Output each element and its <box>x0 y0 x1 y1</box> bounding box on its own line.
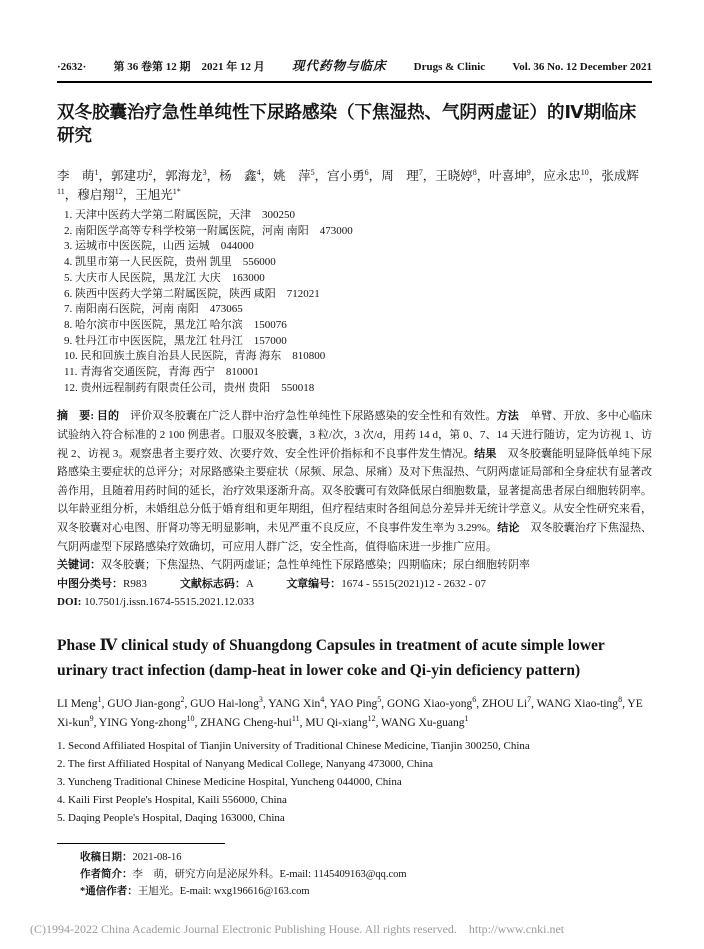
label-bold: 中图分类号： <box>57 578 123 590</box>
paper-page: ·2632· 第 36 卷第 12 期 2021 年 12 月 现代药物与临床 … <box>0 0 704 949</box>
label-bold: DOI: <box>57 596 84 608</box>
author-affiliation-sup: 8 <box>618 695 622 704</box>
article-title-en: Phase Ⅳ clinical study of Shuangdong Cap… <box>57 633 652 683</box>
author-name: ZHOU Li7 <box>482 698 531 710</box>
footnote-line: 作者简介：李 萌，研究方向是泌尿外科。E-mail: 1145409163@qq… <box>80 866 652 883</box>
author-name: 应永忠10 <box>543 169 589 183</box>
author-name: MU Qi-xiang12 <box>305 717 375 729</box>
text-segment: 10.7501/j.issn.1674-5515.2021.12.033 <box>84 596 254 608</box>
affiliation-cn: 6. 陕西中医药大学第二附属医院，陕西 咸阳 712021 <box>64 287 652 303</box>
author-name: YING Yong-zhong10 <box>99 717 195 729</box>
label-bold: 摘 要: <box>57 410 97 422</box>
journal-header: ·2632· 第 36 卷第 12 期 2021 年 12 月 现代药物与临床 … <box>57 56 652 83</box>
author-name: YANG Xin4 <box>268 698 324 710</box>
text-segment: 2021-08-16 <box>133 852 182 863</box>
affiliation-cn: 8. 哈尔滨市中医医院，黑龙江 哈尔滨 150076 <box>64 318 652 334</box>
author-name: 郭海龙3 <box>165 169 207 183</box>
keywords-line: 关键词：双冬胶囊；下焦湿热、气阴两虚证；急性单纯性下尿路感染；四期临床；尿白细胞… <box>57 556 652 575</box>
author-name: 郭建功2 <box>111 169 153 183</box>
author-affiliation-sup: 12 <box>368 714 376 723</box>
text-segment: 评价双冬胶囊在广泛人群中治疗急性单纯性下尿路感染的安全性和有效性。 <box>130 410 496 422</box>
affiliation-cn: 11. 青海省交通医院，青海 西宁 810001 <box>64 365 652 381</box>
affiliation-en: 3. Yuncheng Traditional Chinese Medicine… <box>57 773 652 791</box>
author-affiliation-sup: 2 <box>180 695 184 704</box>
affiliation-cn: 1. 天津中医药大学第二附属医院，天津 300250 <box>64 208 652 224</box>
copyright-footer: (C)1994-2022 China Academic Journal Elec… <box>30 922 564 937</box>
author-affiliation-sup: 4 <box>257 168 261 177</box>
author-name: 王旭光1* <box>135 188 181 202</box>
footnote-divider <box>57 843 225 844</box>
text-segment: 李 萌，研究方向是泌尿外科。E-mail: 1145409163@qq.com <box>133 869 407 880</box>
author-name: GONG Xiao-yong6 <box>387 698 476 710</box>
author-affiliation-sup: 1 <box>95 168 99 177</box>
author-affiliation-sup: 3 <box>259 695 263 704</box>
author-affiliation-sup: 11 <box>292 714 300 723</box>
text-segment <box>147 578 180 590</box>
label-bold: 作者简介： <box>80 869 133 880</box>
author-name: WANG Xu-guang1 <box>381 717 468 729</box>
label-bold: 收稿日期： <box>80 852 133 863</box>
author-name: LI Meng1 <box>57 698 102 710</box>
affiliation-cn: 5. 大庆市人民医院，黑龙江 大庆 163000 <box>64 271 652 287</box>
label-bold: 目的 <box>97 410 130 422</box>
label-bold: 结论 <box>497 522 530 534</box>
author-name: 穆启翔12 <box>77 188 123 202</box>
author-affiliation-sup: 1 <box>465 714 469 723</box>
author-name: 叶喜坤9 <box>489 169 531 183</box>
author-affiliation-sup: 9 <box>90 714 94 723</box>
affiliation-en: 5. Daqing People's Hospital, Daqing 1630… <box>57 809 652 827</box>
label-bold: 关键词： <box>57 559 101 571</box>
journal-name-en: Drugs & Clinic <box>414 61 486 73</box>
author-name: GUO Hai-long3 <box>190 698 263 710</box>
page-content: ·2632· 第 36 卷第 12 期 2021 年 12 月 现代药物与临床 … <box>57 56 652 900</box>
label-bold: 结果 <box>474 448 507 460</box>
text-segment: 双冬胶囊；下焦湿热、气阴两虚证；急性单纯性下尿路感染；四期临床；尿白细胞转阴率 <box>101 559 530 571</box>
label-bold: 方法 <box>497 410 530 422</box>
label-bold: *通信作者： <box>80 886 138 897</box>
abstract-paragraph: 摘 要: 目的 评价双冬胶囊在广泛人群中治疗急性单纯性下尿路感染的安全性和有效性… <box>57 407 652 556</box>
footnote-block: 收稿日期：2021-08-16作者简介：李 萌，研究方向是泌尿外科。E-mail… <box>57 843 652 900</box>
label-bold: 文章编号： <box>286 578 341 590</box>
author-affiliation-sup: 10 <box>581 168 589 177</box>
page-number: ·2632· <box>57 61 86 73</box>
author-affiliation-sup: 5 <box>377 695 381 704</box>
affiliation-cn: 3. 运城市中医医院，山西 运城 044000 <box>64 239 652 255</box>
author-name: 宫小勇6 <box>327 169 369 183</box>
author-name: 李 萌1 <box>57 169 99 183</box>
author-affiliation-sup: 3 <box>203 168 207 177</box>
authors-cn: 李 萌1，郭建功2，郭海龙3，杨 鑫4，姚 萍5，宫小勇6，周 理7，王晓婷8，… <box>57 167 652 205</box>
author-name: 周 理7 <box>381 169 423 183</box>
affiliation-cn: 4. 凯里市第一人民医院，贵州 凯里 556000 <box>64 255 652 271</box>
author-name: YAO Ping5 <box>330 698 382 710</box>
affiliation-en: 1. Second Affiliated Hospital of Tianjin… <box>57 737 652 755</box>
author-affiliation-sup: 12 <box>115 187 123 196</box>
footnote-line: *通信作者：王旭光。E-mail: wxg196616@163.com <box>80 883 652 900</box>
affiliation-cn: 9. 牡丹江市中医医院，黑龙江 牡丹江 157000 <box>64 334 652 350</box>
author-name: 姚 萍5 <box>273 169 315 183</box>
author-affiliation-sup: 11 <box>57 187 65 196</box>
author-name: 王晓婷8 <box>435 169 477 183</box>
affiliation-en: 2. The first Affiliated Hospital of Nany… <box>57 755 652 773</box>
author-name: ZHANG Cheng-hui11 <box>200 717 299 729</box>
volume-info-en: Vol. 36 No. 12 December 2021 <box>512 61 652 73</box>
author-name: 杨 鑫4 <box>219 169 261 183</box>
author-affiliation-sup: 8 <box>473 168 477 177</box>
author-affiliation-sup: 4 <box>320 695 324 704</box>
author-name: GUO Jian-gong2 <box>107 698 184 710</box>
text-segment: R983 <box>123 578 147 590</box>
authors-en: LI Meng1, GUO Jian-gong2, GUO Hai-long3,… <box>57 695 652 733</box>
doi-line: DOI: 10.7501/j.issn.1674-5515.2021.12.03… <box>57 593 652 612</box>
article-title-cn: 双冬胶囊治疗急性单纯性下尿路感染（下焦湿热、气阴两虚证）的Ⅳ期临床研究 <box>57 101 652 147</box>
text-segment <box>253 578 286 590</box>
affiliation-en: 4. Kaili First People's Hospital, Kaili … <box>57 791 652 809</box>
affiliation-cn: 2. 南阳医学高等专科学校第一附属医院，河南 南阳 473000 <box>64 224 652 240</box>
affiliations-en: 1. Second Affiliated Hospital of Tianjin… <box>57 737 652 827</box>
author-affiliation-sup: 10 <box>186 714 194 723</box>
clc-line: 中图分类号：R983 文献标志码：A 文章编号：1674 - 5515(2021… <box>57 575 652 594</box>
footnote-line: 收稿日期：2021-08-16 <box>80 849 652 866</box>
footnote-lines: 收稿日期：2021-08-16作者简介：李 萌，研究方向是泌尿外科。E-mail… <box>57 849 652 900</box>
author-affiliation-sup: 2 <box>149 168 153 177</box>
author-affiliation-sup: 6 <box>365 168 369 177</box>
affiliation-cn: 10. 民和回族土族自治县人民医院，青海 海东 810800 <box>64 349 652 365</box>
author-affiliation-sup: 7 <box>527 695 531 704</box>
issue-info-cn: 第 36 卷第 12 期 2021 年 12 月 <box>114 58 265 74</box>
author-name: WANG Xiao-ting8 <box>537 698 622 710</box>
author-affiliation-sup: 1* <box>173 187 181 196</box>
affiliation-cn: 7. 南阳南石医院，河南 南阳 473065 <box>64 302 652 318</box>
author-affiliation-sup: 5 <box>311 168 315 177</box>
author-affiliation-sup: 7 <box>419 168 423 177</box>
journal-name-cn: 现代药物与临床 <box>292 56 387 74</box>
author-affiliation-sup: 9 <box>527 168 531 177</box>
text-segment: 1674 - 5515(2021)12 - 2632 - 07 <box>341 578 486 590</box>
text-segment: 王旭光。E-mail: wxg196616@163.com <box>138 886 310 897</box>
author-affiliation-sup: 6 <box>472 695 476 704</box>
affiliation-cn: 12. 贵州远程制药有限责任公司，贵州 贵阳 550018 <box>64 381 652 397</box>
label-bold: 文献标志码： <box>180 578 246 590</box>
affiliations-cn: 1. 天津中医药大学第二附属医院，天津 3002502. 南阳医学高等专科学校第… <box>57 208 652 396</box>
author-affiliation-sup: 1 <box>98 695 102 704</box>
